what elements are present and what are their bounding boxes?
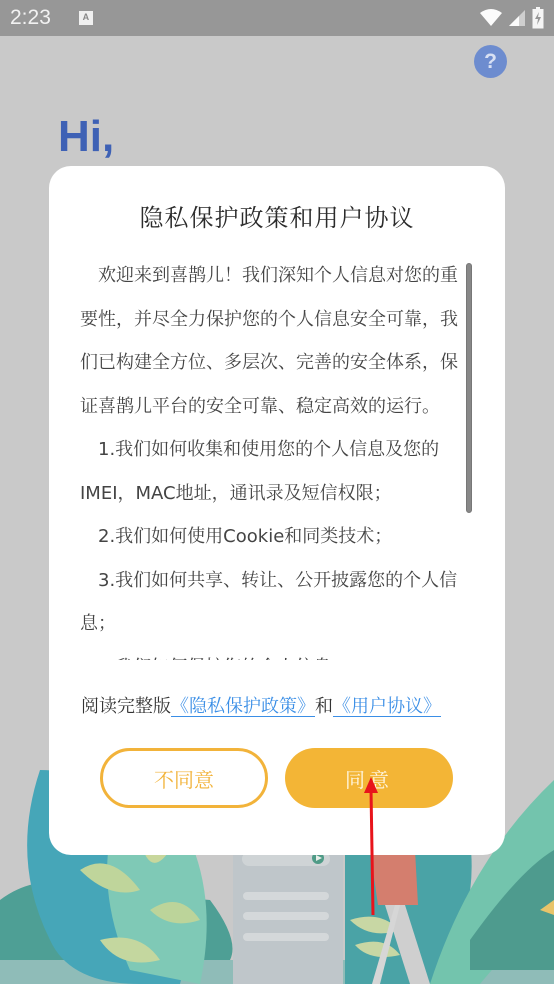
policy-item-1: 1.我们如何收集和使用您的个人信息及您的IMEI，MAC地址，通讯录及短信权限； [80,428,468,515]
cellular-signal-icon [508,9,526,27]
agree-button[interactable]: 同意 [285,748,453,808]
user-agreement-link[interactable]: 《用户协议》 [333,696,441,717]
policy-item-2: 2.我们如何使用Cookie和同类技术； [80,515,468,559]
and-text: 和 [315,696,333,717]
policy-scrollbar[interactable] [466,263,472,513]
question-mark-icon: ? [484,50,497,74]
policy-item-4: 4.我们如何保护您的个人信息； [80,646,468,661]
help-button[interactable]: ? [474,45,507,78]
read-prefix-text: 阅读完整版 [81,696,171,717]
privacy-dialog: 隐私保护政策和用户协议 欢迎来到喜鹊儿！我们深知个人信息对您的重要性，并尽全力保… [49,166,505,855]
status-bar: 2:23 A [0,0,554,36]
disagree-button[interactable]: 不同意 [100,748,268,808]
wifi-icon [480,9,502,27]
disagree-label: 不同意 [154,764,214,793]
policy-item-3: 3.我们如何共享、转让、公开披露您的个人信息； [80,559,468,646]
status-icons [480,7,544,29]
notification-a-icon: A [79,11,93,25]
greeting-heading: Hi, [58,112,114,162]
battery-charging-icon [532,7,544,29]
full-version-links: 阅读完整版《隐私保护政策》和《用户协议》 [81,692,441,718]
status-time: 2:23 [10,6,51,30]
dialog-title: 隐私保护政策和用户协议 [49,198,505,233]
privacy-policy-link[interactable]: 《隐私保护政策》 [171,696,315,717]
agree-label: 同意 [345,764,393,793]
policy-text-scroll[interactable]: 欢迎来到喜鹊儿！我们深知个人信息对您的重要性，并尽全力保护您的个人信息安全可靠，… [80,254,468,660]
policy-intro-paragraph: 欢迎来到喜鹊儿！我们深知个人信息对您的重要性，并尽全力保护您的个人信息安全可靠，… [80,254,468,428]
